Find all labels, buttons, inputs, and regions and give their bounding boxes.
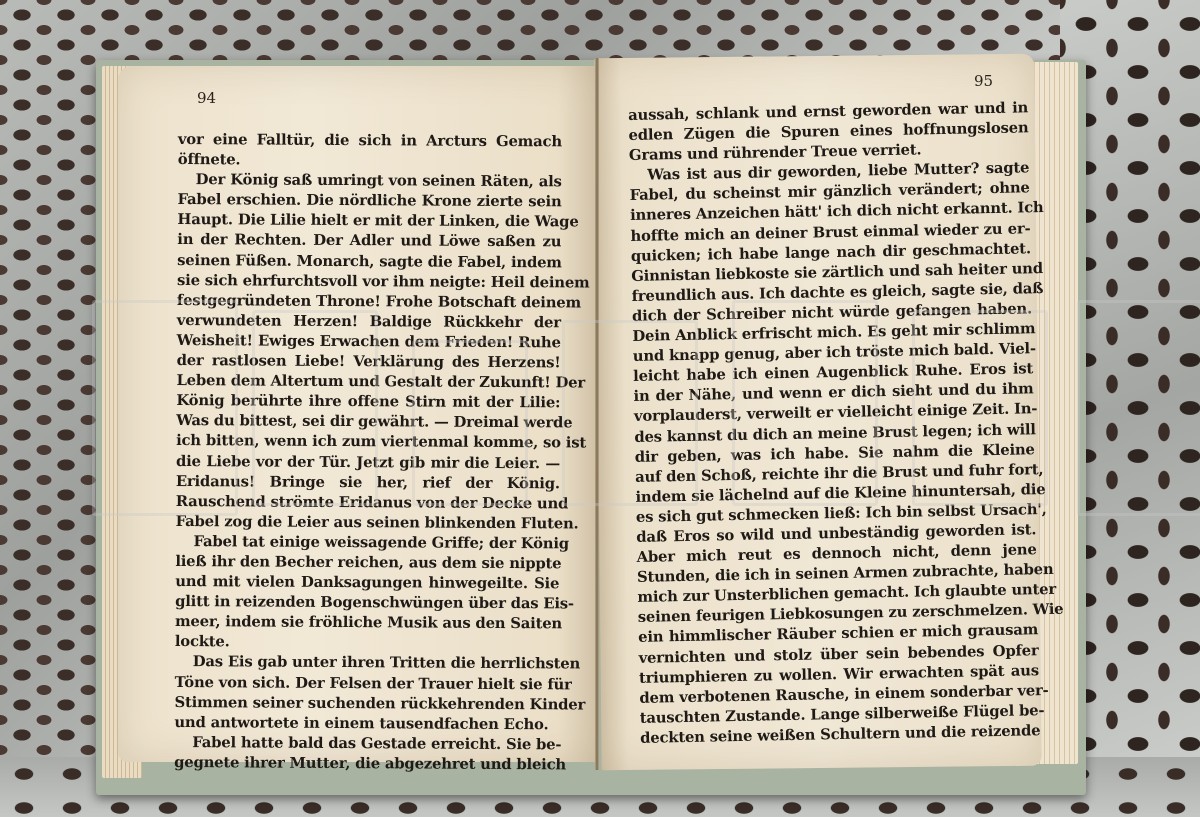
text-line: der rastlosen Liebe! Verklärung des Herz… [177,351,561,373]
text-line: verwundeten Herzen! Baldige Rückkehr der [177,311,561,333]
text-line: sie sich ehrfurchtsvoll vor ihm neigte: … [177,271,561,293]
text-line: meer, indem sie fröhliche Musik aus den … [175,612,559,634]
text-line: und antwortete in einem tausendfachen Ec… [174,713,558,735]
text-line: ließ ihr den Becher reichen, aus dem sie… [175,552,559,574]
text-line: Eridanus! Bringe sie her, rief der König… [176,472,560,494]
text-line: vor eine Falltür, die sich in Arcturs Ge… [178,130,562,152]
text-line: Fabel zog die Leier aus seinen blinkende… [176,512,560,534]
text-line: gegnete ihrer Mutter, die abgezehret und… [174,753,558,775]
text-line: Das Eis gab unter ihren Tritten die herr… [175,652,559,674]
text-line: seinen Füßen. Monarch, sagte die Fabel, … [177,251,561,273]
text-line: die Liebe vor der Tür. Jetzt gib mir die… [176,451,560,473]
text-line: in der Rechten. Der Adler und Löwe saßen… [177,230,561,252]
text-line: Was du bittest, sei dir gewährt. — Dreim… [176,411,560,433]
left-page-text: vor eine Falltür, die sich in Arcturs Ge… [174,130,562,775]
text-line: Haupt. Die Lilie hielt er mit der Linken… [177,210,561,232]
text-line: Fabel erschien. Die nördliche Krone zier… [178,190,562,212]
text-line: Fabel hatte bald das Gestade erreicht. S… [174,733,558,755]
text-line: festgegründeten Throne! Frohe Botschaft … [177,291,561,313]
text-line: ich bitten, wenn ich zum viertenmal komm… [176,431,560,453]
text-line: und mit vielen Danksagungen hinwegeilte.… [175,572,559,594]
left-page-number: 94 [197,89,216,107]
text-line: Leben dem Altertum und Gestalt der Zukun… [176,371,560,393]
text-line: glitt in reizenden Bogenschwüngen über d… [175,592,559,614]
right-page-number: 95 [974,72,993,90]
text-line: Stimmen seiner suchenden rückkehrenden K… [174,693,558,715]
text-line: Der König saß umringt von seinen Räten, … [178,170,562,192]
text-line: Fabel tat einige weissagende Griffe; der… [175,532,559,554]
text-line: Töne von sich. Der Felsen der Trauer hie… [175,673,559,695]
text-line: König berührte ihre offene Stirn mit der… [176,391,560,413]
right-page-text: aussah, schlank und ernst geworden war u… [628,98,1040,749]
book-gutter [595,58,599,770]
text-line: lockte. [175,632,559,654]
text-line: öffnete. [178,150,562,172]
text-line: Rauschend strömte Eridanus von der Decke… [176,492,560,514]
text-line: Weisheit! Ewiges Erwachen dem Frieden! R… [177,331,561,353]
